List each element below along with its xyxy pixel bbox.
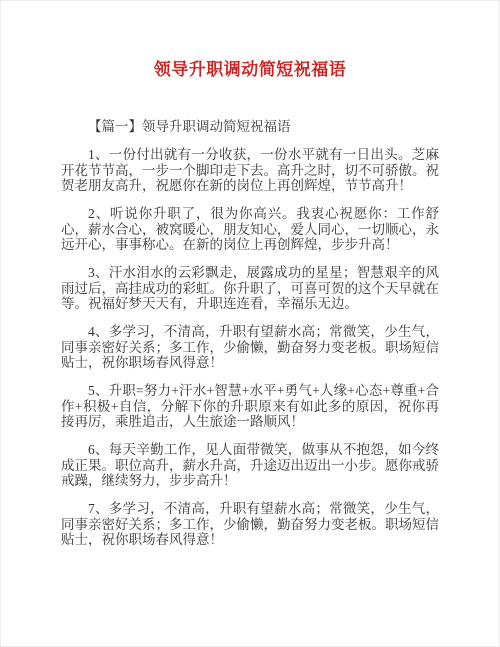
paragraph: 7、多学习，不清高，升职有望薪水高；常微笑，少生气，同事亲密好关系；多工作，少偷… bbox=[61, 501, 439, 548]
paragraph: 2、听说你升职了，很为你高兴。我衷心祝愿你：工作舒心，薪水合心，被窝暖心，朋友知… bbox=[61, 206, 439, 253]
document-body: 【篇一】领导升职调动简短祝福语 1、一份付出就有一分收获，一份水平就有一日出头。… bbox=[61, 119, 439, 560]
paragraph: 4、多学习，不清高，升职有望薪水高；常微笑，少生气，同事亲密好关系；多工作，少偷… bbox=[61, 324, 439, 371]
document-page: 领导升职调动简短祝福语 【篇一】领导升职调动简短祝福语 1、一份付出就有一分收获… bbox=[0, 0, 500, 647]
paragraph: 3、汗水泪水的云彩飘走，展露成功的星星；智慧艰辛的风雨过后，高挂成功的彩虹。你升… bbox=[61, 265, 439, 312]
page-title: 领导升职调动简短祝福语 bbox=[1, 58, 499, 81]
section-heading: 【篇一】领导升职调动简短祝福语 bbox=[61, 119, 439, 135]
paragraph: 5、升职=努力+汗水+智慧+水平+勇气+人缘+心态+尊重+合作+积极+自信，分解… bbox=[61, 383, 439, 430]
paragraph: 1、一份付出就有一分收获，一份水平就有一日出头。芝麻开花节节高，一步一个脚印走下… bbox=[61, 147, 439, 194]
paragraph: 6、每天辛勤工作，见人面带微笑，做事从不抱怨，如今终成正果。职位高升，薪水升高，… bbox=[61, 442, 439, 489]
